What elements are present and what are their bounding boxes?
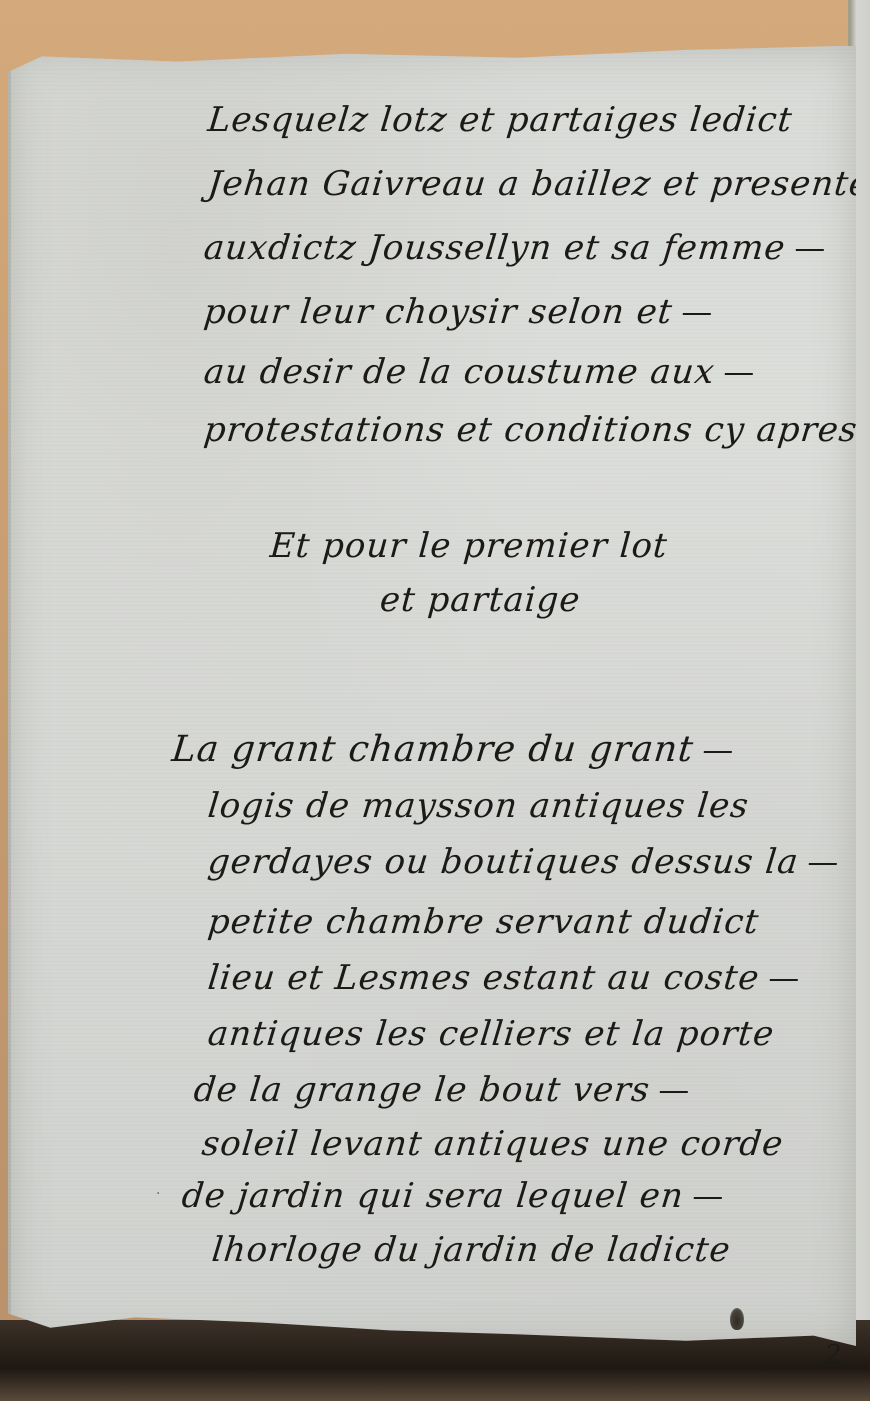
- line-text: Lesquelz lotz et partaiges ledict: [206, 100, 795, 140]
- text-line: protestations et conditions cy apres: [202, 410, 860, 450]
- text-line: au desir de la coustume aux: [202, 352, 755, 392]
- line-text: protestations et conditions cy apres: [202, 410, 860, 450]
- text-line: La grant chambre du grant: [170, 730, 734, 770]
- text-line: Jehan Gaivreau a baillez et presentez: [206, 164, 870, 204]
- text-line: de jardin qui sera lequel en: [180, 1176, 724, 1216]
- line-filler-dash: [808, 863, 836, 865]
- line-text: La grant chambre du grant: [170, 729, 696, 770]
- text-line: lhorloge du jardin de ladicte: [210, 1230, 733, 1270]
- line-filler-dash: [660, 1091, 688, 1093]
- page-fold-line: [8, 46, 11, 1346]
- line-filler-dash: [725, 373, 753, 375]
- line-text: Jehan Gaivreau a baillez et presentez: [206, 164, 870, 204]
- line-text: gerdayes ou boutiques dessus la: [206, 842, 801, 882]
- page-number: 2: [825, 1340, 842, 1370]
- text-line: de la grange le bout vers: [192, 1070, 690, 1110]
- text-line: pour leur choysir selon et: [202, 292, 713, 332]
- line-text: au desir de la coustume aux: [202, 352, 717, 392]
- line-text: soleil levant antiques une corde: [200, 1124, 786, 1164]
- line-filler-dash: [769, 979, 797, 981]
- text-line: petite chambre servant dudict: [206, 902, 761, 942]
- line-text: de la grange le bout vers: [192, 1070, 652, 1110]
- heading-line: et partaige: [379, 580, 582, 620]
- text-line: gerdayes ou boutiques dessus la: [206, 842, 839, 882]
- line-text: lhorloge du jardin de ladicte: [210, 1230, 733, 1270]
- ink-blot: [730, 1308, 744, 1330]
- line-text: antiques les celliers et la porte: [206, 1014, 776, 1054]
- manuscript-page: Lesquelz lotz et partaiges ledict Jehan …: [8, 46, 856, 1346]
- line-text: auxdictz Joussellyn et sa femme: [202, 228, 788, 268]
- text-line: lieu et Lesmes estant au coste: [206, 958, 800, 998]
- heading-text: et partaige: [379, 580, 582, 620]
- line-filler-dash: [703, 751, 731, 753]
- margin-tick-mark: ·: [156, 1186, 160, 1202]
- text-line: soleil levant antiques une corde: [200, 1124, 786, 1164]
- text-line: Lesquelz lotz et partaiges ledict: [206, 100, 795, 140]
- line-text: de jardin qui sera lequel en: [180, 1176, 686, 1216]
- line-filler-dash: [694, 1197, 722, 1199]
- line-filler-dash: [795, 249, 823, 251]
- line-filler-dash: [682, 313, 710, 315]
- heading-text: Et pour le premier lot: [269, 526, 670, 566]
- line-text: petite chambre servant dudict: [206, 902, 761, 942]
- text-line: antiques les celliers et la porte: [206, 1014, 776, 1054]
- text-line: logis de maysson antiques les: [206, 786, 751, 826]
- line-text: pour leur choysir selon et: [202, 292, 675, 332]
- heading-line: Et pour le premier lot: [269, 526, 670, 566]
- line-text: logis de maysson antiques les: [206, 786, 751, 826]
- manuscript-photograph: Lesquelz lotz et partaiges ledict Jehan …: [0, 0, 870, 1401]
- text-line: auxdictz Joussellyn et sa femme: [202, 228, 826, 268]
- line-text: lieu et Lesmes estant au coste: [206, 958, 762, 998]
